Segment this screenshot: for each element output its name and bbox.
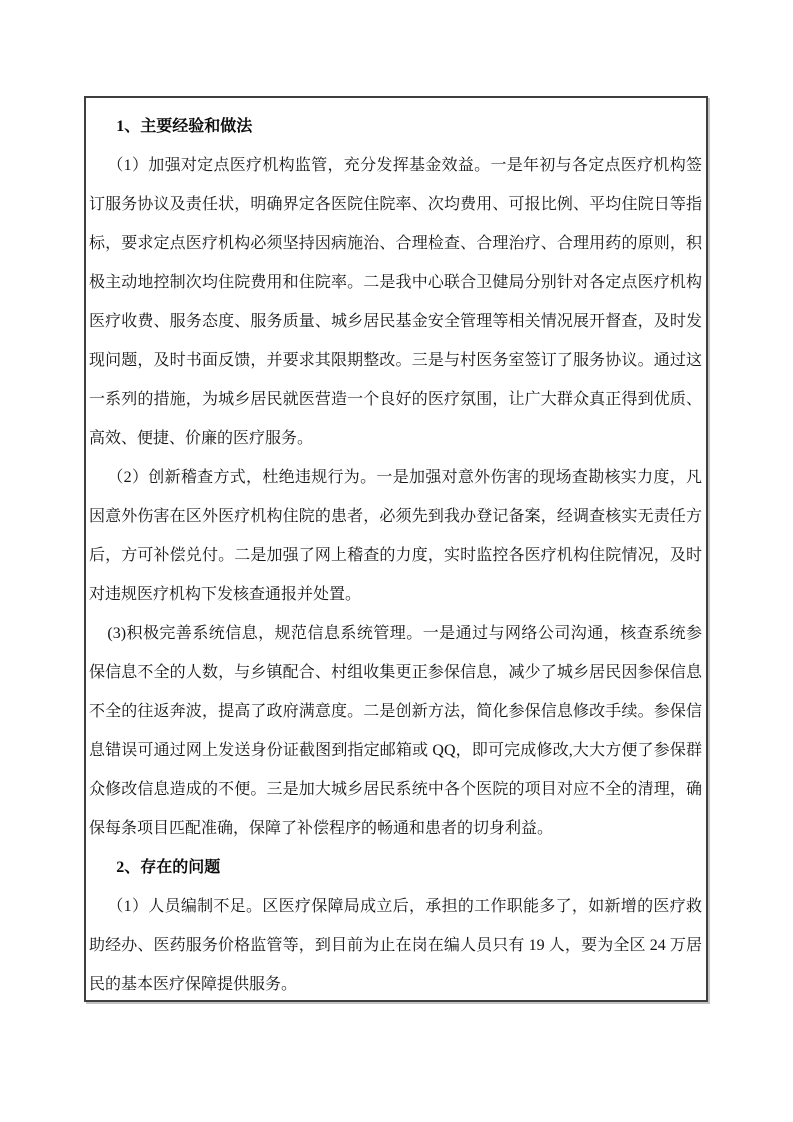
body-paragraph: (3)积极完善系统信息，规范信息系统管理。一是通过与网络公司沟通，核查系统参保信… (89, 614, 702, 848)
document-page: 1、主要经验和做法（1）加强对定点医疗机构监管，充分发挥基金效益。一是年初与各定… (0, 0, 793, 1122)
body-paragraph: （2）创新稽查方式，杜绝违规行为。一是加强对意外伤害的现场查勘核实力度，凡因意外… (89, 458, 702, 614)
body-paragraph: （1）加强对定点医疗机构监管，充分发挥基金效益。一是年初与各定点医疗机构签订服务… (89, 146, 702, 458)
section-heading: 2、存在的问题 (89, 848, 702, 887)
document-table-cell: 1、主要经验和做法（1）加强对定点医疗机构监管，充分发挥基金效益。一是年初与各定… (84, 96, 708, 1002)
body-paragraph: （1）人员编制不足。区医疗保障局成立后，承担的工作职能多了，如新增的医疗救助经办… (89, 887, 702, 1002)
section-heading: 1、主要经验和做法 (89, 107, 702, 146)
